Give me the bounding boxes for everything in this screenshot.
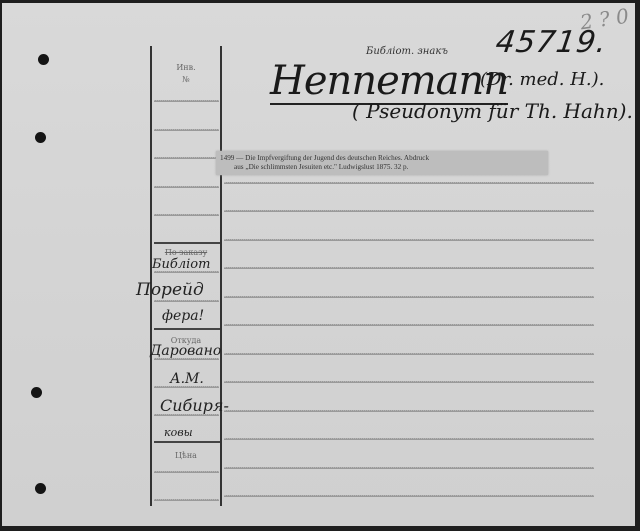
order-value-line-2: Порейд [136, 280, 204, 300]
price-label: Цѣна [152, 451, 220, 460]
main-rule [224, 267, 594, 269]
left-rule [154, 100, 219, 102]
source-value-line-2: А.М. [170, 371, 204, 387]
entry-line-1: 1499 — Die Impfvergiftung der Jugend des… [220, 154, 542, 163]
main-rule [224, 438, 594, 440]
punch-hole-2 [35, 132, 46, 143]
order-value-line-3: фера! [162, 308, 204, 324]
left-rule [154, 271, 219, 273]
main-rule [224, 239, 594, 241]
entry-line-2: aus „Die schlimmsten Jesuiten etc." Ludw… [220, 163, 542, 172]
left-rule [154, 471, 219, 473]
catalog-card: 2 ? 0 Инв. № По заказу Библiот Порейд фе… [2, 3, 635, 526]
left-rule [154, 157, 219, 159]
inv-number-label: № [152, 75, 220, 84]
author-qualifier: (Dr. med. H.). [480, 69, 604, 90]
left-column-border-right [220, 46, 222, 506]
source-value-line-4: ковы [164, 426, 193, 439]
main-rule [224, 467, 594, 469]
main-rule [224, 410, 594, 412]
left-rule [154, 414, 219, 416]
pasted-bibliographic-entry: 1499 — Die Impfvergiftung der Jugend des… [216, 151, 548, 175]
source-value-line-3: Сибиря- [160, 396, 229, 415]
main-rule [224, 324, 594, 326]
punch-hole-3 [31, 387, 42, 398]
pseudonym-note: ( Pseudonym für Th. Hahn). [352, 99, 633, 123]
left-section-divider [154, 242, 220, 244]
main-rule [224, 210, 594, 212]
call-number-label: Библiот. знакъ [366, 46, 448, 57]
left-rule [154, 214, 219, 216]
punch-hole-1 [38, 54, 49, 65]
order-label: По заказу [152, 248, 220, 257]
left-rule [154, 386, 219, 388]
main-rule [224, 353, 594, 355]
main-rule [224, 182, 594, 184]
punch-hole-4 [35, 483, 46, 494]
main-rule [224, 381, 594, 383]
source-value-line-1: Даровано [150, 343, 221, 359]
left-rule [154, 358, 219, 360]
left-rule [154, 499, 219, 501]
inv-label: Инв. [152, 63, 220, 72]
left-rule [154, 300, 219, 302]
left-rule [154, 129, 219, 131]
call-number: 45719. [494, 25, 610, 60]
left-column-border-left [150, 46, 152, 506]
left-rule [154, 186, 219, 188]
main-rule [224, 495, 594, 497]
left-section-divider [154, 328, 220, 330]
main-rule [224, 296, 594, 298]
left-section-divider [154, 441, 220, 443]
order-value-line-1: Библiот [152, 257, 210, 272]
